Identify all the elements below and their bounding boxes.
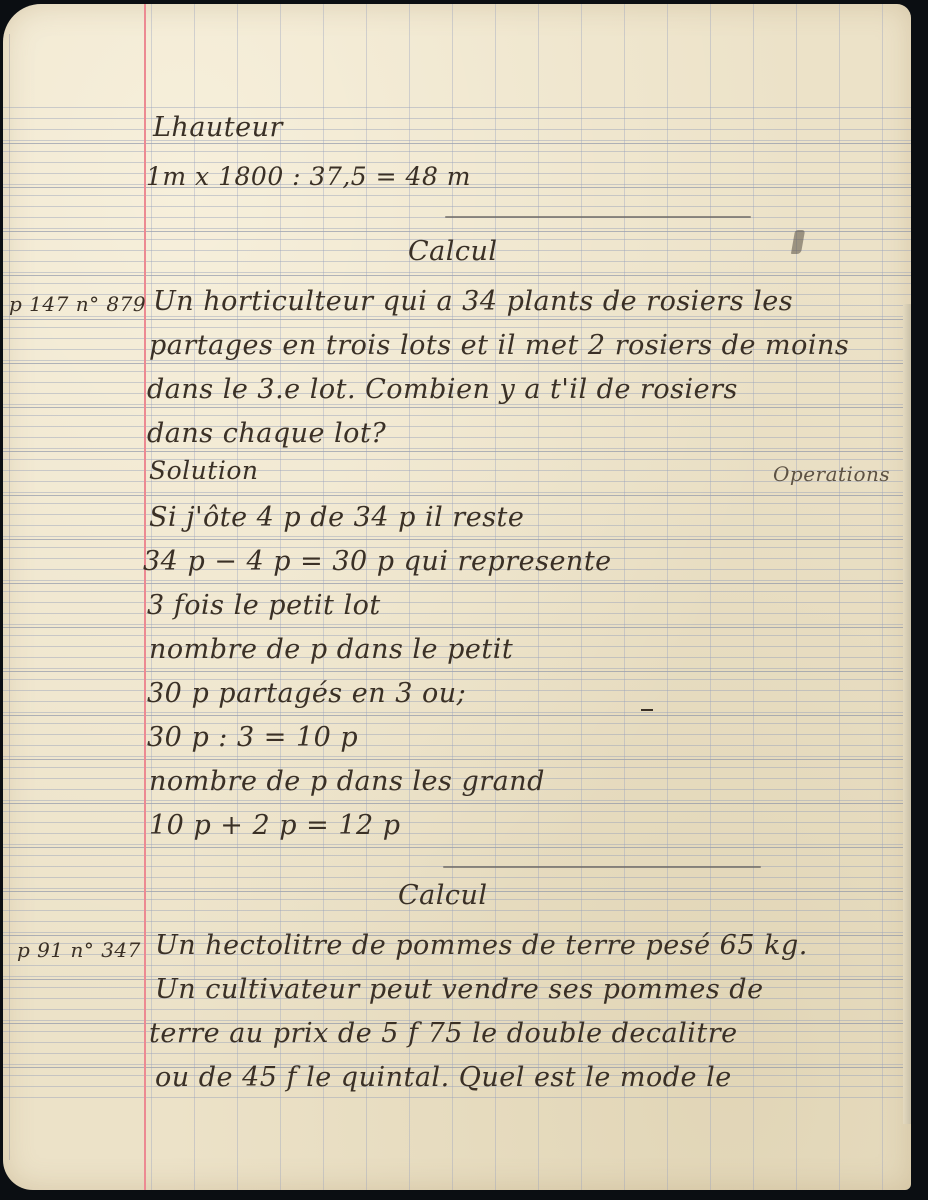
solution-line-7: nombre de p dans les grand [149, 766, 545, 797]
solution-line-8: 10 p + 2 p = 12 p [149, 810, 401, 841]
section-divider-2 [443, 866, 761, 868]
section-divider [445, 216, 751, 218]
problem-1-line-3: dans le 3.e lot. Combien y a t'il de ros… [147, 374, 738, 405]
problem-2-line-4: ou de 45 f le quintal. Quel est le mode … [155, 1062, 732, 1093]
solution-line-5: 30 p partagés en 3 ou; [147, 678, 466, 709]
notebook-paper: Lhauteur 1m x 1800 : 37,5 = 48 m Calcul … [3, 4, 911, 1190]
solution-line-3: 3 fois le petit lot [147, 590, 381, 621]
scanned-notebook-page: Lhauteur 1m x 1800 : 37,5 = 48 m Calcul … [0, 0, 928, 1200]
section-heading-hauteur: Lhauteur [153, 112, 283, 143]
page-edge-fold [903, 304, 911, 1124]
problem-1-line-1: Un horticulteur qui a 34 plants de rosie… [153, 286, 793, 317]
solution-line-6: 30 p : 3 = 10 p [147, 722, 358, 753]
problem-2-heading: Calcul [398, 880, 488, 911]
solution-line-1: Si j'ôte 4 p de 34 p il reste [149, 502, 524, 533]
solution-line-4: nombre de p dans le petit [149, 634, 513, 665]
problem-1-heading: Calcul [408, 236, 498, 267]
problem-1-reference: p 147 n° 879 [9, 292, 146, 316]
problem-2-reference: p 91 n° 347 [17, 938, 141, 962]
problem-2-line-3: terre au prix de 5 f 75 le double decali… [149, 1018, 738, 1049]
page-edge-line [9, 34, 10, 1160]
pencil-dash-mark [641, 709, 653, 711]
problem-1-line-4: dans chaque lot? [147, 418, 386, 449]
operations-label: Operations [773, 462, 890, 486]
solution-line-2: 34 p − 4 p = 30 p qui represente [143, 546, 612, 577]
solution-label: Solution [149, 456, 258, 485]
problem-2-line-2: Un cultivateur peut vendre ses pommes de [155, 974, 764, 1005]
problem-1-line-2: partages en trois lots et il met 2 rosie… [149, 330, 849, 361]
hauteur-calculation: 1m x 1800 : 37,5 = 48 m [146, 162, 471, 191]
problem-2-line-1: Un hectolitre de pommes de terre pesé 65… [155, 930, 808, 961]
